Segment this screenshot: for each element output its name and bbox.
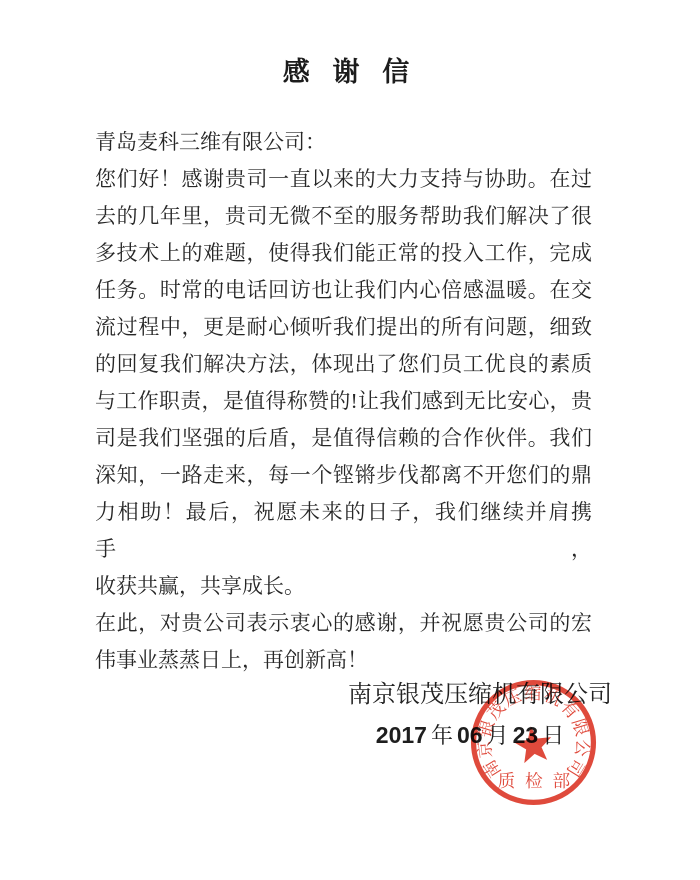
body-line: 您们好！感谢贵司一直以来的大力支持与协助。在过	[95, 161, 592, 198]
body-line: 司是我们坚强的后盾，是值得信赖的合作伙伴。我们	[95, 420, 592, 457]
body-line: 任务。时常的电话回访也让我们内心倍感温暖。在交	[95, 272, 592, 309]
body-line: 的回复我们解决方法，体现出了您们员工优良的素质	[95, 346, 592, 383]
body-line: 力相助！最后，祝愿未来的日子，我们继续并肩携手，	[95, 494, 592, 568]
letter-title: 感 谢 信	[0, 50, 700, 89]
date-year-unit: 年	[431, 723, 453, 748]
body-line: 与工作职责，是值得称赞的!让我们感到无比安心，贵	[95, 383, 592, 420]
letter-page: 感 谢 信 青岛麦科三维有限公司： 您们好！感谢贵司一直以来的大力支持与协助。在…	[0, 0, 700, 880]
body-line: 多技术上的难题，使得我们能正常的投入工作，完成	[95, 235, 592, 272]
body-line: 流过程中，更是耐心倾听我们提出的所有问题，细致	[95, 309, 592, 346]
letter-body: 青岛麦科三维有限公司： 您们好！感谢贵司一直以来的大力支持与协助。在过去的几年里…	[95, 124, 592, 679]
seal-department-text: 质检部	[497, 771, 579, 791]
body-line: 深知，一路走来，每一个铿锵步伐都离不开您们的鼎	[95, 457, 592, 494]
body-line: 在此，对贵公司表示衷心的感谢，并祝愿贵公司的宏	[95, 605, 592, 642]
paragraph: 在此，对贵公司表示衷心的感谢，并祝愿贵公司的宏伟事业蒸蒸日上，再创新高！	[95, 605, 592, 679]
body-line: 收获共赢，共享成长。	[95, 568, 592, 605]
body-line: 伟事业蒸蒸日上，再创新高！	[95, 642, 592, 679]
date-year: 2017	[376, 722, 427, 748]
body-line: 去的几年里，贵司无微不至的服务帮助我们解决了很	[95, 198, 592, 235]
company-seal-stamp: 南京银茂压缩机有限公司 质检部	[468, 677, 599, 808]
seal-star-icon	[512, 724, 554, 764]
salutation: 青岛麦科三维有限公司：	[95, 124, 592, 161]
paragraph: 您们好！感谢贵司一直以来的大力支持与协助。在过去的几年里，贵司无微不至的服务帮助…	[95, 161, 592, 605]
paragraphs-container: 您们好！感谢贵司一直以来的大力支持与协助。在过去的几年里，贵司无微不至的服务帮助…	[95, 161, 592, 679]
